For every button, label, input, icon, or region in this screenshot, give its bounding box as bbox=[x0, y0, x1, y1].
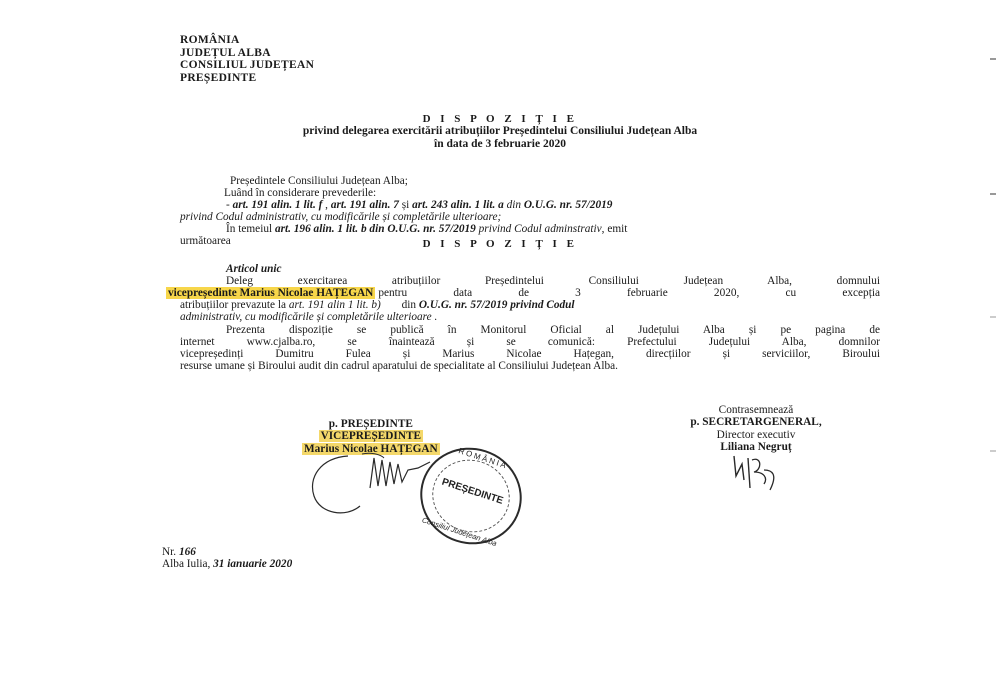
scan-edge-mark bbox=[990, 193, 996, 195]
disposition-heading: D I S P O Z I Ț I E bbox=[0, 238, 1000, 250]
preamble-line-3: - art. 191 alin. 1 lit. f , art. 191 ali… bbox=[226, 199, 612, 211]
preamble-line-5: În temeiul art. 196 alin. 1 lit. b din O… bbox=[226, 223, 627, 235]
preamble-line-2: Luând în considerare prevederile: bbox=[224, 187, 376, 199]
document-title: D I S P O Z I Ț I E bbox=[0, 113, 1000, 125]
highlighted-name: vicepreședinte Marius Nicolae HAȚEGAN bbox=[166, 287, 375, 299]
article-p1-line-2: vicepreședinte Marius Nicolae HAȚEGAN pe… bbox=[166, 287, 880, 299]
scan-edge-mark bbox=[990, 450, 996, 452]
signature-left-role: p. PREȘEDINTE bbox=[302, 418, 440, 430]
header-country: ROMÂNIA bbox=[180, 34, 314, 47]
article-p2-line-2: internet www.cjalba.ro, se înaintează și… bbox=[180, 336, 880, 348]
article-heading: Articol unic bbox=[226, 263, 282, 275]
article-p1-line-1: Deleg exercitarea atribuțiilor Președint… bbox=[226, 275, 880, 287]
header-office: PREȘEDINTE bbox=[180, 72, 314, 85]
article-p1-line-4: administrativ, cu modificările și comple… bbox=[180, 311, 437, 323]
preamble-line-4: privind Codul administrativ, cu modifică… bbox=[180, 211, 501, 223]
preamble-line-1: Președintele Consiliului Județean Alba; bbox=[230, 175, 408, 187]
scan-edge-mark bbox=[990, 316, 996, 318]
countersign-title: Director executiv bbox=[636, 429, 876, 441]
handwritten-signature-right bbox=[728, 450, 788, 500]
article-p1-line-3: atribuțiilor prevazute la art. 191 alin … bbox=[180, 299, 880, 311]
countersign-role: p. SECRETARGENERAL, bbox=[636, 416, 876, 428]
signature-left-title: VICEPREȘEDINTE bbox=[319, 430, 423, 442]
subtitle-line-2: în data de 3 februarie 2020 bbox=[0, 138, 1000, 151]
article-p2-line-1: Prezenta dispoziție se publică în Monito… bbox=[226, 324, 880, 336]
countersign-label: Contrasemnează bbox=[636, 404, 876, 416]
signature-right: Contrasemnează p. SECRETARGENERAL, Direc… bbox=[636, 404, 876, 454]
header-county: JUDEȚUL ALBA bbox=[180, 47, 314, 60]
scan-edge-mark bbox=[990, 58, 996, 60]
document-place-date: Alba Iulia, 31 ianuarie 2020 bbox=[162, 558, 292, 570]
article-p2-line-3: vicepreședinți Dumitru Fulea și Marius N… bbox=[180, 348, 880, 360]
document-subtitle: privind delegarea exercitării atribuțiil… bbox=[0, 125, 1000, 150]
header-council: CONSILIUL JUDEȚEAN bbox=[180, 59, 314, 72]
article-p2-line-4: resurse umane și Biroului audit din cadr… bbox=[180, 360, 618, 372]
document-number: Nr. 166 bbox=[162, 546, 196, 558]
institution-header: ROMÂNIA JUDEȚUL ALBA CONSILIUL JUDEȚEAN … bbox=[180, 34, 314, 84]
subtitle-line-1: privind delegarea exercitării atribuțiil… bbox=[0, 125, 1000, 138]
